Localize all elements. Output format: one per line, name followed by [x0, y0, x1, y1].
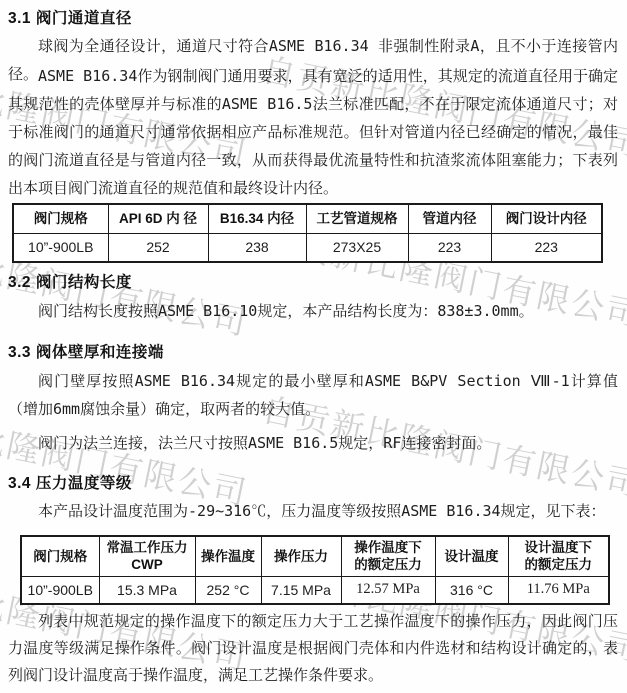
section-heading-3-1: 3.1 阀门通道直径	[8, 6, 618, 28]
table-header-cell: 阀门规格	[13, 204, 108, 233]
paragraph-structure-length: 阀门结构长度按照ASME B16.10规定，本产品结构长度为：838±3.0mm…	[8, 297, 618, 325]
table-header-cell: 操作压力	[261, 536, 341, 576]
section-heading-3-2: 3.2 阀门结构长度	[8, 270, 618, 292]
table-cell: 12.57 MPa	[341, 576, 435, 604]
table-header-cell: B16.34 内径	[208, 204, 306, 233]
table-cell: 223	[408, 233, 491, 262]
pressure-temperature-table: 阀门规格 常温工作压力 CWP 操作温度 操作压力 操作温度下 的额定压力 设计…	[20, 535, 610, 605]
paragraph-wall-thickness: 阀门壁厚按照ASME B16.34规定的最小壁厚和ASME B&PV Secti…	[8, 367, 618, 423]
table-header-cell: 管道内径	[408, 204, 491, 233]
table-cell: 10”-900LB	[21, 576, 99, 604]
table-header-cell: 工艺管道规格	[306, 204, 408, 233]
section-heading-3-3: 3.3 阀体壁厚和连接端	[8, 340, 618, 362]
table-row: 10”-900LB 252 238 273X25 223 223	[13, 233, 602, 262]
paragraph-channel-detail: ASME B16.34作为钢制阀门通用要求，具有宽泛的适用性，其规定的流道直径用…	[8, 62, 618, 202]
table-cell: 252	[108, 233, 208, 262]
document-page: 自贡新比隆阀门有限公司 自贡新比隆阀门有限公司 自贡新比隆阀门有限公司 自贡新比…	[0, 0, 627, 693]
paragraph-temperature-range: 本产品设计温度范围为-29~316℃，压力温度等级按照ASME B16.34规定…	[8, 497, 618, 525]
table-cell: 316 °C	[435, 576, 508, 604]
table-header-cell: API 6D 内 径	[108, 204, 208, 233]
table-header-row: 阀门规格 常温工作压力 CWP 操作温度 操作压力 操作温度下 的额定压力 设计…	[21, 536, 609, 576]
table-header-cell: 阀门规格	[21, 536, 99, 576]
paragraph-rating-conclusion: 列表中规范规定的操作温度下的额定压力大于工艺操作温度下的操作压力，因此阀门压力温…	[8, 608, 618, 689]
document-content: 3.1 阀门通道直径 球阀为全通径设计，通道尺寸符合ASME B16.34 非强…	[0, 0, 627, 693]
table-cell: 238	[208, 233, 306, 262]
table-cell: 7.15 MPa	[261, 576, 341, 604]
table-header-row: 阀门规格 API 6D 内 径 B16.34 内径 工艺管道规格 管道内径 阀门…	[13, 204, 602, 233]
table-row: 10”-900LB 15.3 MPa 252 °C 7.15 MPa 12.57…	[21, 576, 609, 604]
section-heading-3-4: 3.4 压力温度等级	[8, 471, 618, 493]
table-cell: 252 °C	[195, 576, 261, 604]
table-cell: 273X25	[306, 233, 408, 262]
table-cell: 223	[491, 233, 602, 262]
valve-diameter-table: 阀门规格 API 6D 内 径 B16.34 内径 工艺管道规格 管道内径 阀门…	[12, 203, 603, 263]
table-header-cell: 操作温度下 的额定压力	[341, 536, 435, 576]
table-cell: 10”-900LB	[13, 233, 108, 262]
table-header-cell: 阀门设计内径	[491, 204, 602, 233]
table-header-cell: 设计温度下 的额定压力	[508, 536, 609, 576]
table-header-cell: 常温工作压力 CWP	[99, 536, 195, 576]
table-cell: 11.76 MPa	[508, 576, 609, 604]
table-cell: 15.3 MPa	[99, 576, 195, 604]
table-header-cell: 设计温度	[435, 536, 508, 576]
table-header-cell: 操作温度	[195, 536, 261, 576]
paragraph-flange-connection: 阀门为法兰连接，法兰尺寸按照ASME B16.5规定，RF连接密封面。	[8, 429, 618, 457]
